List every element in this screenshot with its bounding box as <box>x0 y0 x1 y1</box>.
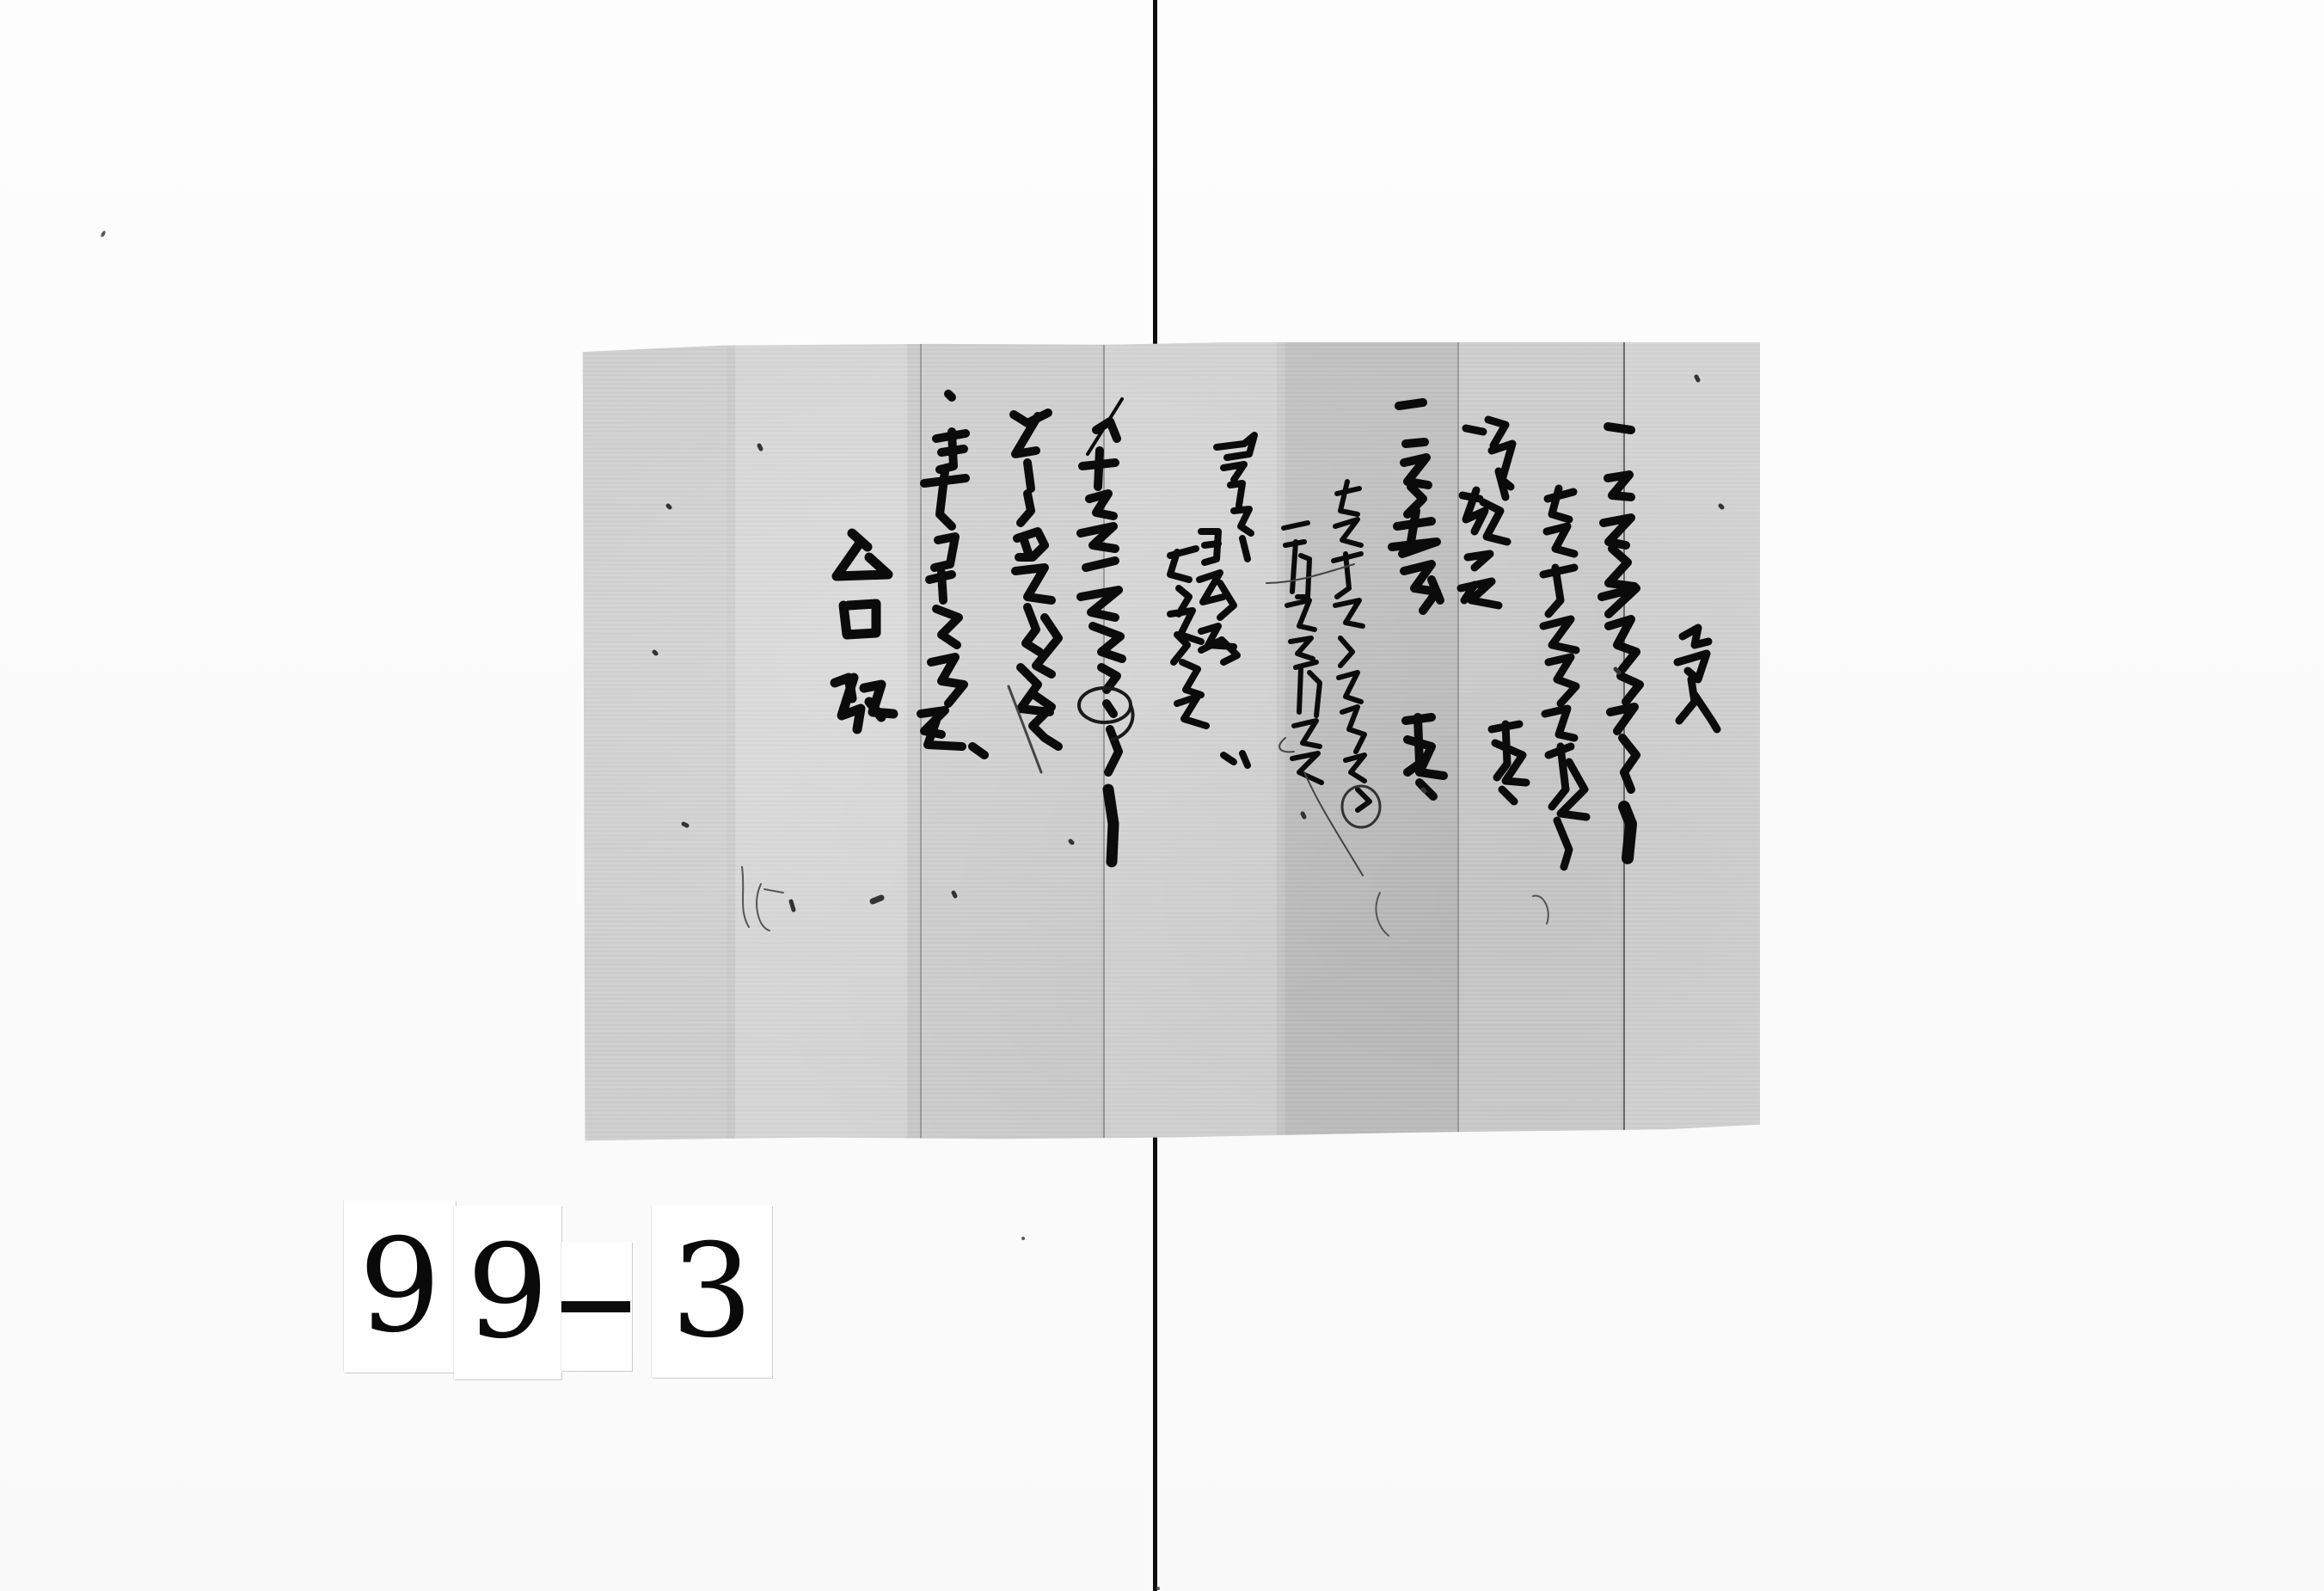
column-9 <box>1170 549 1206 726</box>
background-speck <box>1156 1587 1160 1590</box>
cursive-brush-strokes <box>580 342 1760 1144</box>
circle-seal-2 <box>1079 688 1133 740</box>
label-digit: 3 <box>671 1227 752 1356</box>
label-digit: 9 <box>467 1228 549 1357</box>
column-10 <box>1081 399 1122 862</box>
label-dash <box>561 1301 630 1312</box>
label-card-digit: 9 <box>344 1201 456 1373</box>
column-12 <box>921 394 984 755</box>
handwritten-text <box>580 342 1760 1144</box>
column-heading-kaku <box>1677 628 1717 729</box>
label-card-dash <box>561 1242 632 1371</box>
column-2 <box>1602 427 1640 858</box>
column-11 <box>1009 413 1058 772</box>
catalog-number-label: 9 9 3 <box>344 1201 782 1381</box>
label-card-digit: 9 <box>454 1206 561 1379</box>
column-4 <box>1461 420 1526 802</box>
column-7 <box>1284 523 1321 783</box>
label-card-digit: 3 <box>652 1206 772 1378</box>
column-6 <box>1334 482 1370 810</box>
label-digit: 9 <box>359 1222 440 1351</box>
paper-fibers <box>742 867 1548 936</box>
background-speck <box>1021 1237 1025 1240</box>
column-8 <box>1199 435 1254 765</box>
column-5 <box>1392 402 1444 796</box>
signature-mark <box>835 533 893 729</box>
document-paper <box>580 342 1760 1144</box>
column-3 <box>1543 488 1586 867</box>
